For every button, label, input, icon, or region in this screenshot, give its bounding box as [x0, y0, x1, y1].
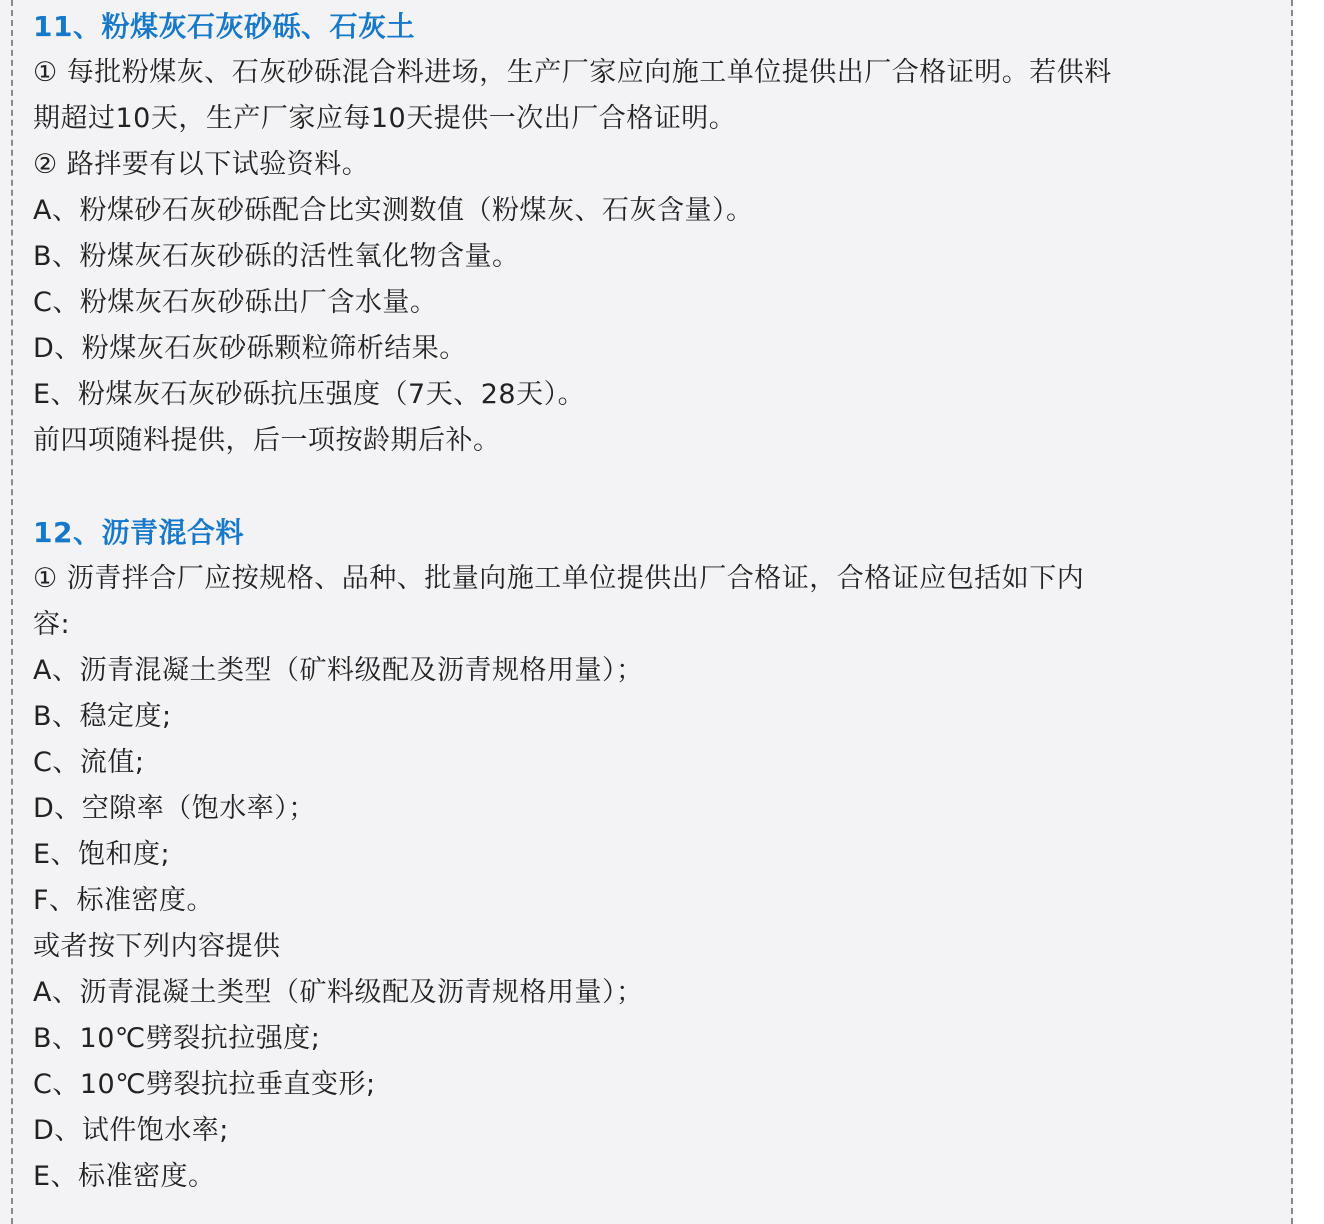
section-12-line: A、沥青混凝土类型（矿料级配及沥青规格用量）； — [33, 648, 1278, 694]
section-12-line: A、沥青混凝土类型（矿料级配及沥青规格用量）； — [33, 970, 1278, 1016]
document-panel: 11、粉煤灰石灰砂砾、石灰土 ① 每批粉煤灰、石灰砂砾混合料进场，生产厂家应向施… — [0, 0, 1293, 1224]
section-11-line: 前四项随料提供，后一项按龄期后补。 — [33, 418, 1278, 464]
section-11-line: E、粉煤灰石灰砂砾抗压强度（7天、28天）。 — [33, 372, 1278, 418]
section-12-line: 容: — [33, 602, 1278, 648]
section-11-line: ① 每批粉煤灰、石灰砂砾混合料进场，生产厂家应向施工单位提供出厂合格证明。若供料 — [33, 50, 1278, 96]
section-12-line: C、流值; — [33, 740, 1278, 786]
section-12-heading: 12、沥青混合料 — [33, 510, 1278, 556]
section-12-line: ① 沥青拌合厂应按规格、品种、批量向施工单位提供出厂合格证，合格证应包括如下内 — [33, 556, 1278, 602]
section-12-line: 或者按下列内容提供 — [33, 924, 1278, 970]
section-11-line: C、粉煤灰石灰砂砾出厂含水量。 — [33, 280, 1278, 326]
section-12-line: D、试件饱水率; — [33, 1108, 1278, 1154]
section-12-line: D、空隙率（饱水率）； — [33, 786, 1278, 832]
section-12-line: C、10℃劈裂抗拉垂直变形; — [33, 1062, 1278, 1108]
section-12-line: E、饱和度; — [33, 832, 1278, 878]
section-12-line: E、标准密度。 — [33, 1154, 1278, 1200]
section-11-line: D、粉煤灰石灰砂砾颗粒筛析结果。 — [33, 326, 1278, 372]
section-12-line: B、稳定度; — [33, 694, 1278, 740]
section-11-line: ② 路拌要有以下试验资料。 — [33, 142, 1278, 188]
left-dashed-border — [11, 0, 13, 1224]
section-12-line: F、标准密度。 — [33, 878, 1278, 924]
section-gap — [33, 464, 1278, 510]
section-11-line: B、粉煤灰石灰砂砾的活性氧化物含量。 — [33, 234, 1278, 280]
section-12-line: B、10℃劈裂抗拉强度; — [33, 1016, 1278, 1062]
document-content: 11、粉煤灰石灰砂砾、石灰土 ① 每批粉煤灰、石灰砂砾混合料进场，生产厂家应向施… — [33, 4, 1278, 1200]
section-11-line: 期超过10天，生产厂家应每10天提供一次出厂合格证明。 — [33, 96, 1278, 142]
section-11-line: A、粉煤砂石灰砂砾配合比实测数值（粉煤灰、石灰含量）。 — [33, 188, 1278, 234]
section-11-heading: 11、粉煤灰石灰砂砾、石灰土 — [33, 4, 1278, 50]
